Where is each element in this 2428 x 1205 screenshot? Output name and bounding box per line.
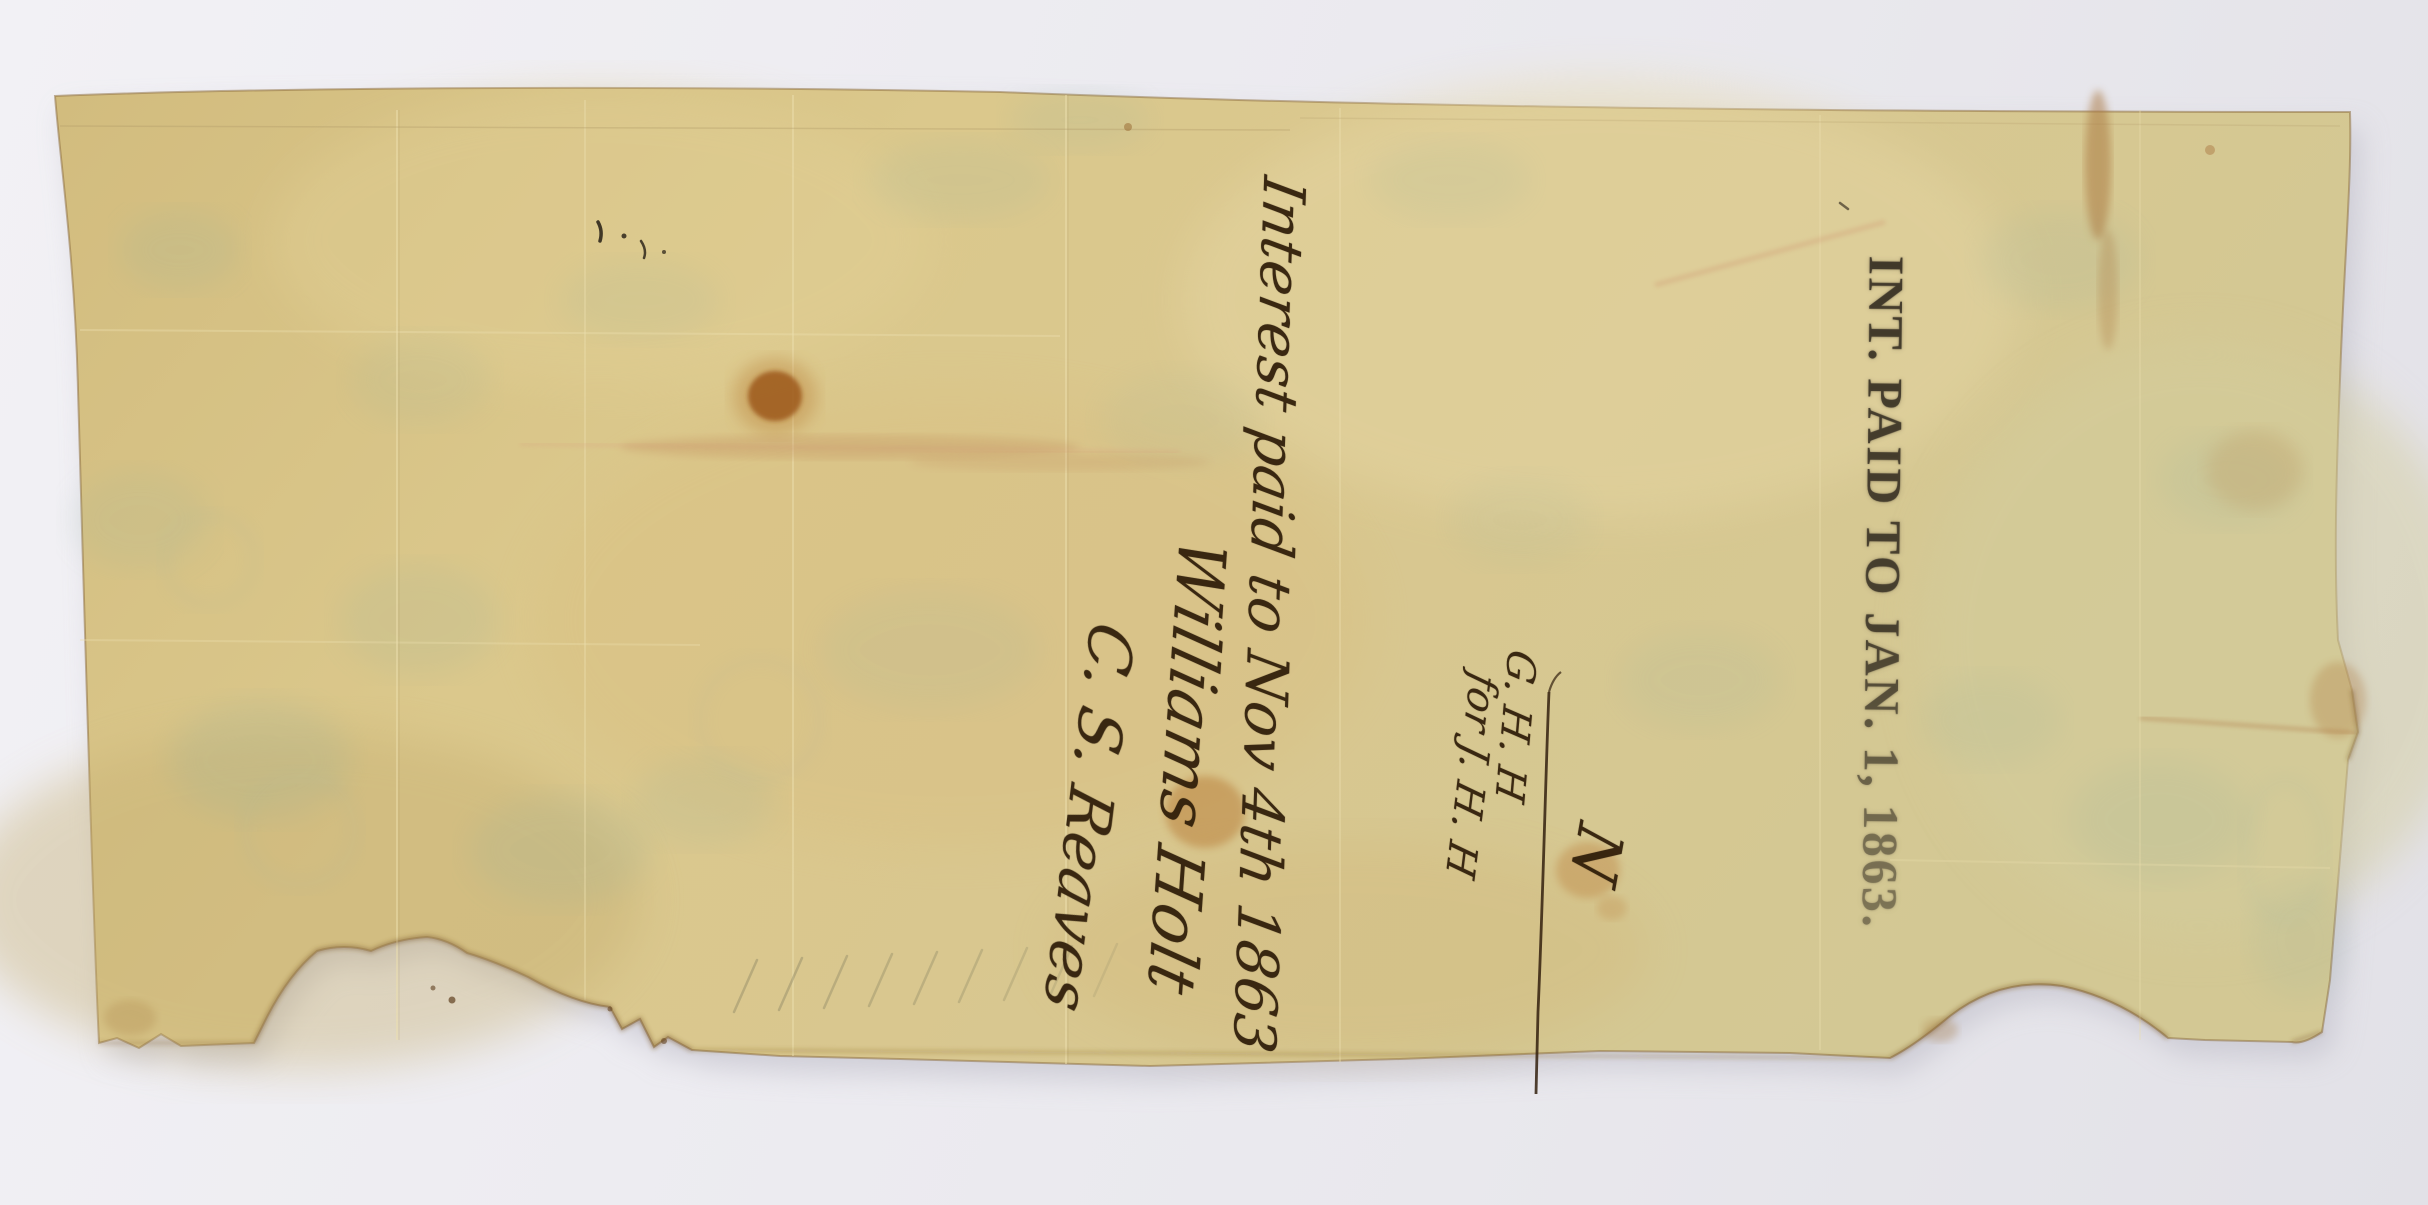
photo-of-banknote-back: INT. PAID TO JAN. 1, 1863. Interest paid… — [0, 0, 2428, 1205]
banknote-paper-svg — [0, 0, 2428, 1205]
